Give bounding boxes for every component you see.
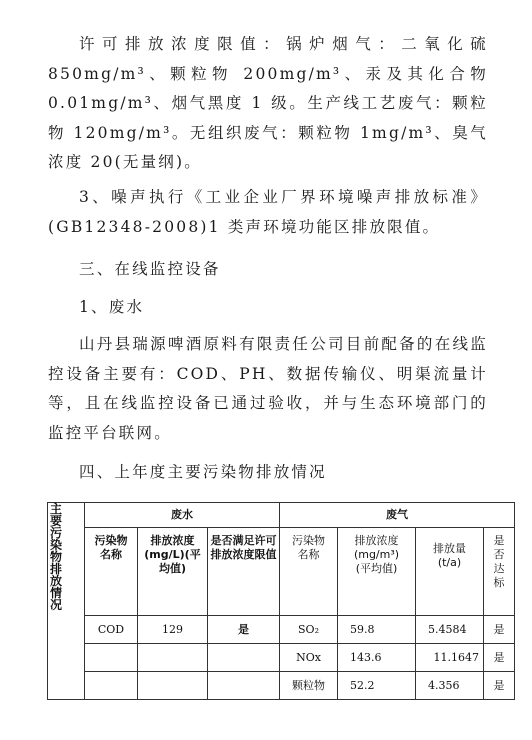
cell-air-amount: 5.4584 — [416, 616, 484, 644]
header-air-concentration: 排放浓度(mg/m³)(平均值) — [338, 528, 416, 616]
group-header-exhaust-gas: 废气 — [280, 503, 515, 528]
cell-air-name: SO₂ — [280, 616, 338, 644]
header-air-compliance: 是否达标 — [484, 528, 515, 616]
cell-water-meets: 是 — [208, 616, 280, 644]
header-water-concentration: 排放浓度(mg/L)(平均值) — [138, 528, 208, 616]
side-label-main-pollutant-emissions: 主要污染物排放情况 — [48, 503, 85, 700]
table-row: NOx 143.6 11.1647 是 — [48, 644, 515, 672]
cell-water-meets — [208, 672, 280, 700]
cell-air-name: NOx — [280, 644, 338, 672]
header-air-pollutant-name: 污染物名称 — [280, 528, 338, 616]
header-water-pollutant-name: 污染物名称 — [85, 528, 138, 616]
table-row: 颗粒物 52.2 4.356 是 — [48, 672, 515, 700]
cell-water-name — [85, 644, 138, 672]
paragraph-monitoring-equipment: 山丹县瑞源啤酒原料有限责任公司目前配备的在线监控设备主要有：COD、PH、数据传… — [48, 330, 488, 448]
heading-last-year-emissions: 四、上年度主要污染物排放情况 — [48, 458, 488, 488]
header-water-meets-limit: 是否满足许可排放浓度限值 — [208, 528, 280, 616]
cell-air-conc: 52.2 — [338, 672, 416, 700]
heading-wastewater: 1、废水 — [48, 293, 488, 323]
paragraph-emission-limits: 许可排放浓度限值：锅炉烟气：二氧化硫 850mg/m³、颗粒物 200mg/m³… — [48, 30, 488, 178]
cell-water-conc — [138, 644, 208, 672]
header-air-amount: 排放量(t/a) — [416, 528, 484, 616]
cell-air-conc: 59.8 — [338, 616, 416, 644]
group-header-wastewater: 废水 — [85, 503, 280, 528]
cell-water-meets — [208, 644, 280, 672]
cell-air-ok: 是 — [484, 672, 515, 700]
heading-online-monitoring: 三、在线监控设备 — [48, 255, 488, 285]
cell-air-name: 颗粒物 — [280, 672, 338, 700]
cell-air-ok: 是 — [484, 644, 515, 672]
cell-air-ok: 是 — [484, 616, 515, 644]
cell-water-name: COD — [85, 616, 138, 644]
table-row: COD 129 是 SO₂ 59.8 5.4584 是 — [48, 616, 515, 644]
emissions-table: 主要污染物排放情况 废水 废气 污染物名称 排放浓度(mg/L)(平均值) 是否… — [47, 502, 515, 700]
cell-air-conc: 143.6 — [338, 644, 416, 672]
cell-water-conc — [138, 672, 208, 700]
cell-air-amount: 4.356 — [416, 672, 484, 700]
cell-water-name — [85, 672, 138, 700]
cell-water-conc: 129 — [138, 616, 208, 644]
paragraph-noise-standard: 3、噪声执行《工业企业厂界环境噪声排放标准》(GB12348-2008)1 类声… — [48, 183, 488, 242]
cell-air-amount: 11.1647 — [416, 644, 484, 672]
